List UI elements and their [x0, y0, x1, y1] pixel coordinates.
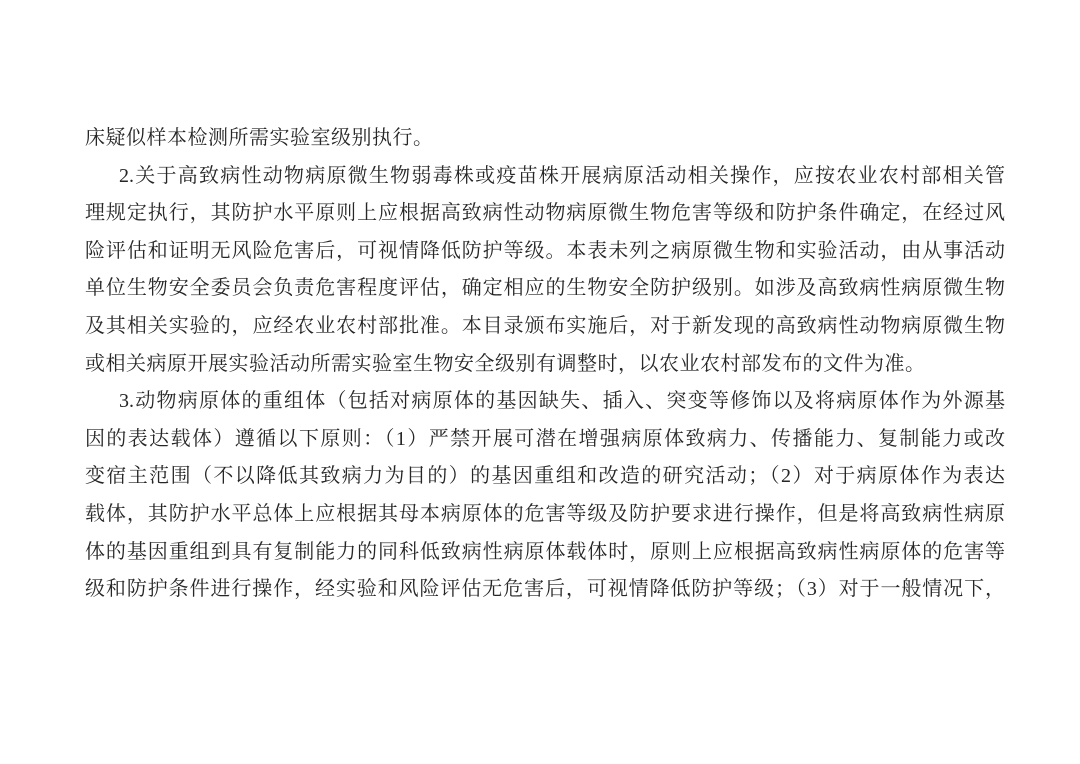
- text-line-9: 因的表达载体）遵循以下原则：（1）严禁开展可潜在增强病原体致病力、传播能力、复制…: [85, 421, 1005, 459]
- text-line-7: 或相关病原开展实验活动所需实验室生物安全级别有调整时，以农业农村部发布的文件为准…: [85, 346, 1005, 384]
- text-line-11: 载体，其防护水平总体上应根据其母本病原体的危害等级及防护要求进行操作，但是将高致…: [85, 496, 1005, 534]
- text-line-5: 单位生物安全委员会负责危害程度评估，确定相应的生物安全防护级别。如涉及高致病性病…: [85, 270, 1005, 308]
- text-line-8: 3.动物病原体的重组体（包括对病原体的基因缺失、插入、突变等修饰以及将病原体作为…: [85, 383, 1005, 421]
- text-line-2: 2.关于高致病性动物病原微生物弱毒株或疫苗株开展病原活动相关操作，应按农业农村部…: [85, 158, 1005, 196]
- text-line-12: 体的基因重组到具有复制能力的同科低致病性病原体载体时，原则上应根据高致病性病原体…: [85, 534, 1005, 572]
- document-page: 床疑似样本检测所需实验室级别执行。2.关于高致病性动物病原微生物弱毒株或疫苗株开…: [0, 0, 1080, 764]
- text-line-3: 理规定执行，其防护水平原则上应根据高致病性动物病原微生物危害等级和防护条件确定，…: [85, 195, 1005, 233]
- text-line-13: 级和防护条件进行操作，经实验和风险评估无危害后，可视情降低防护等级；（3）对于一…: [85, 571, 1005, 609]
- text-line-4: 险评估和证明无风险危害后，可视情降低防护等级。本表未列之病原微生物和实验活动，由…: [85, 233, 1005, 271]
- text-line-10: 变宿主范围（不以降低其致病力为目的）的基因重组和改造的研究活动；（2）对于病原体…: [85, 458, 1005, 496]
- text-line-6: 及其相关实验的，应经农业农村部批准。本目录颁布实施后，对于新发现的高致病性动物病…: [85, 308, 1005, 346]
- document-text-block: 床疑似样本检测所需实验室级别执行。2.关于高致病性动物病原微生物弱毒株或疫苗株开…: [85, 120, 1005, 609]
- text-line-1: 床疑似样本检测所需实验室级别执行。: [85, 120, 1005, 158]
